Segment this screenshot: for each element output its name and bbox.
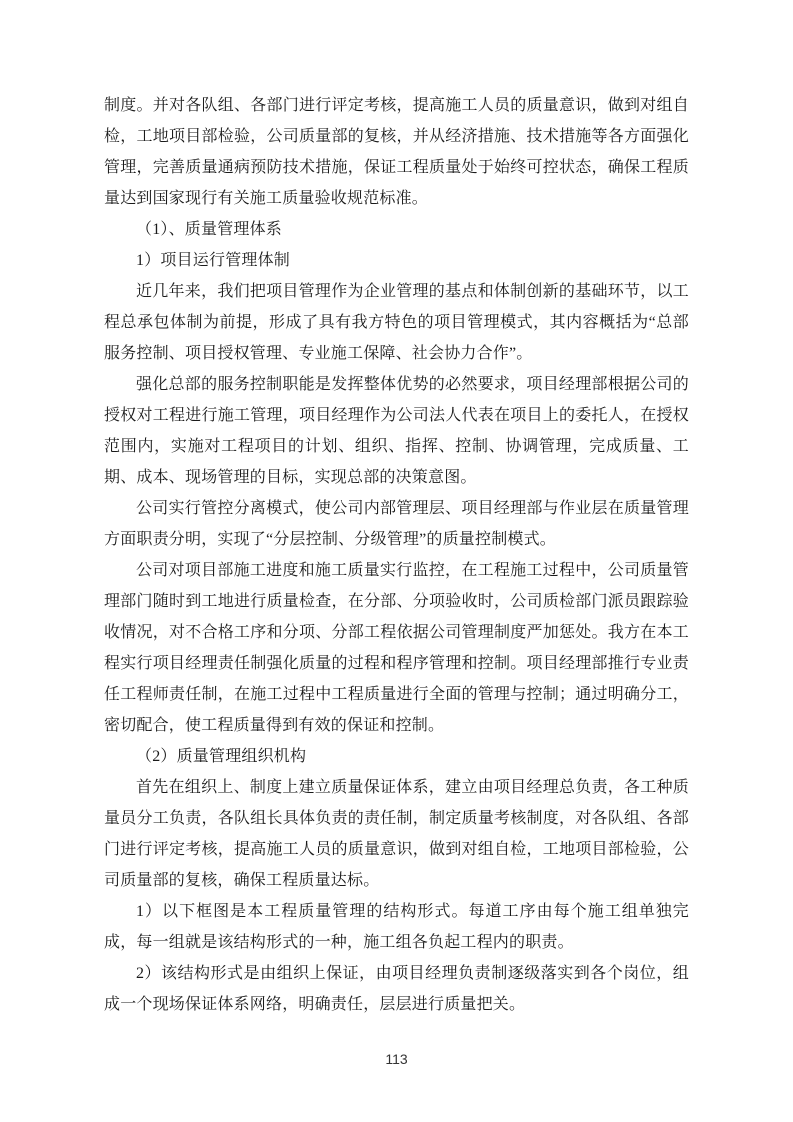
document-body: 制度。并对各队组、各部门进行评定考核，提高施工人员的质量意识，做到对组自检，工地… bbox=[104, 90, 689, 1020]
paragraph-quality-assurance-system: 首先在组织上、制度上建立质量保证体系，建立由项目经理总负责，各工种质量员分工负责… bbox=[104, 772, 689, 896]
heading-quality-management-organization: （2）质量管理组织机构 bbox=[104, 741, 689, 772]
paragraph-control-separation-mode: 公司实行管控分离模式，使公司内部管理层、项目经理部与作业层在质量管理方面职责分明… bbox=[104, 493, 689, 555]
paragraph-structure-diagram-note-1: 1）以下框图是本工程质量管理的结构形式。每道工序由每个施工组单独完成，每一组就是… bbox=[104, 896, 689, 958]
paragraph-continued: 制度。并对各队组、各部门进行评定考核，提高施工人员的质量意识，做到对组自检，工地… bbox=[104, 90, 689, 214]
document-page: 制度。并对各队组、各部门进行评定考核，提高施工人员的质量意识，做到对组自检，工地… bbox=[0, 0, 793, 1122]
heading-quality-management-system: （1）、质量管理体系 bbox=[104, 214, 689, 245]
page-number: 113 bbox=[0, 1051, 793, 1067]
subheading-project-operation-system: 1）项目运行管理体制 bbox=[104, 245, 689, 276]
paragraph-headquarters-service-control: 强化总部的服务控制职能是发挥整体优势的必然要求，项目经理部根据公司的授权对工程进… bbox=[104, 369, 689, 493]
paragraph-project-management-model: 近几年来，我们把项目管理作为企业管理的基点和体制创新的基础环节，以工程总承包体制… bbox=[104, 276, 689, 369]
paragraph-structure-diagram-note-2: 2）该结构形式是由组织上保证，由项目经理负责制逐级落实到各个岗位，组成一个现场保… bbox=[104, 958, 689, 1020]
paragraph-quality-supervision: 公司对项目部施工进度和施工质量实行监控，在工程施工过程中，公司质量管理部门随时到… bbox=[104, 555, 689, 741]
